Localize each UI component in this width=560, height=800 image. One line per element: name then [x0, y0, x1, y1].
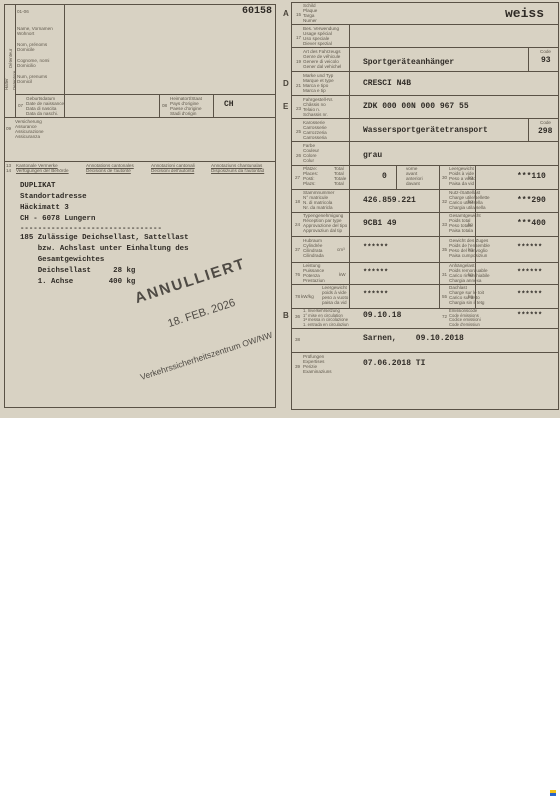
form-code: 01-06 — [17, 9, 29, 14]
body-label: Karosserie Carrosserie Carrozzeria Carro… — [303, 120, 327, 140]
code-label: Code — [540, 49, 551, 54]
issue-place-date-value: Sarnen, 09.10.2018 — [363, 334, 464, 343]
divider — [15, 5, 16, 117]
payload-value: ***290 — [517, 196, 546, 205]
divider — [292, 95, 558, 96]
remark-separator: -------------------------------- — [20, 225, 189, 233]
language-flag-icon — [550, 790, 556, 796]
document-number: 60158 — [242, 6, 272, 17]
total-weight-label: Gesamtgewicht Poids total Peso totale Pa… — [449, 213, 481, 233]
remark-line: 185 Zulässige Deichsellast, Sattellast — [20, 233, 189, 244]
unit-kg: kg — [468, 222, 473, 227]
divider — [349, 274, 350, 284]
field-number: 15 — [296, 12, 301, 17]
origin-label: Heimatort/Staat Pays d'origine Paese d'o… — [170, 96, 202, 116]
unit-kg: kg — [468, 294, 473, 299]
insurance-label: Versicherung Assurance Assicurazione Ass… — [15, 119, 44, 139]
divider — [292, 47, 558, 48]
field-number: 18 — [295, 199, 300, 204]
unit-kg: kg — [468, 272, 473, 277]
color-value: grau — [363, 151, 382, 160]
origin-value: CH — [224, 100, 234, 109]
divider — [292, 165, 558, 166]
field-number: 30 — [442, 175, 447, 180]
remark-line: Standortadresse — [20, 192, 189, 203]
total-weight-value: ***400 — [517, 219, 546, 228]
section-letter: A — [283, 9, 289, 18]
field-number: 23 — [296, 106, 301, 111]
remark-line: DUPLIKAT — [20, 181, 189, 192]
field-number: 78 — [295, 294, 300, 299]
holder-name-label-fr: Nom, prénoms Domicile — [17, 42, 47, 52]
section-letter: D — [283, 79, 289, 88]
field-number: 37 — [295, 247, 300, 252]
section-letter: E — [283, 102, 288, 111]
unit-kg: kg — [468, 175, 473, 180]
divider — [292, 352, 558, 353]
remarks-block: DUPLIKAT Standortadresse Häckimatt 3 CH … — [20, 181, 189, 288]
unit-kg: kg — [468, 199, 473, 204]
divider — [528, 47, 529, 71]
plate-color-value: weiss — [505, 6, 544, 21]
displacement-value: ****** — [363, 244, 388, 252]
body-value: Wassersportgerätetransport — [363, 126, 488, 135]
holder-side-label: Halter — [4, 78, 9, 90]
remark-line: CH - 6078 Lungern — [20, 214, 189, 225]
section-letter: B — [283, 311, 289, 320]
unit-kw: kW — [339, 272, 346, 277]
divider — [64, 5, 65, 117]
inspection-value: 07.06.2018 TI — [363, 359, 425, 368]
power-value: ****** — [363, 269, 388, 277]
color-label: Farbe Couleur Colore Colur — [303, 143, 319, 163]
make-model-label: Marke und Typ Marque et type Marca e tip… — [303, 73, 334, 93]
emission-code-value: ****** — [517, 312, 542, 320]
emission-code-label: Emissionscode Code émissions Codice emis… — [449, 309, 481, 327]
matriculation-value: 426.859.221 — [363, 196, 416, 205]
field-number: 33 — [442, 222, 447, 227]
unit-kg: kg — [468, 247, 473, 252]
unit-cm3: cm³ — [337, 247, 345, 252]
matriculation-label: Stammnummer N° matricule N. di matricola… — [303, 190, 334, 210]
field-number: 38 — [295, 337, 300, 342]
vehicle-type-code: 93 — [541, 56, 551, 65]
annotations-label-rm: Annotaziuns chantunalas Disposiziuns da … — [211, 163, 264, 173]
divider — [292, 24, 558, 25]
holder-name-label-it: Cognome, nomi Domicilio — [17, 58, 49, 68]
power-to-weight-sublabel: Leergewicht poids à vide peso a vuoto pa… — [322, 285, 348, 305]
chassis-number-value: ZDK 000 00N 000 967 55 — [363, 102, 469, 111]
field-number: 36 — [295, 314, 300, 319]
divider — [292, 118, 558, 119]
divider — [528, 118, 529, 141]
field-number: 25 — [296, 129, 301, 134]
roof-load-value: ****** — [517, 291, 542, 299]
registration-left-page: Halter Détenteur Detentore 01-06 60158 N… — [0, 0, 281, 418]
plate-label: Schild Plaque Targa Numer — [303, 3, 317, 23]
divider — [349, 165, 350, 274]
seats-total-label: Total Total Totale Total — [334, 166, 346, 186]
divider — [292, 71, 558, 72]
holder-name-label-rm: Num, prenums Domicil — [17, 74, 47, 84]
first-registration-label: 1. Inverkehrsetzung 1° mise en circulati… — [303, 309, 349, 327]
seats-label: Plätze: Places: Posti: Plazs: — [303, 166, 318, 186]
divider — [159, 94, 160, 117]
field-number: 27 — [295, 175, 300, 180]
field-number: 72 — [442, 314, 447, 319]
seats-front-label: vorne avant anteriori davant — [406, 166, 423, 186]
divider — [349, 284, 350, 308]
holder-name-label-de: Name, Vornamen Wohnort — [17, 26, 53, 36]
divider — [292, 328, 558, 329]
divider — [5, 117, 275, 118]
field-number: 07 — [18, 103, 23, 108]
field-number: 26 — [296, 153, 301, 158]
field-number: 08 — [162, 103, 167, 108]
remark-line: Häckimatt 3 — [20, 203, 189, 214]
registration-right-page: A 15 Schild Plaque Targa Numer weiss 17 … — [281, 0, 560, 418]
power-to-weight-label: kW/kg — [301, 294, 314, 299]
type-approval-label: Typengenehmigung Réception par type Appr… — [303, 213, 347, 233]
holder-side-label: Détenteur — [8, 49, 13, 68]
divider — [439, 274, 440, 308]
remark-line: Gesamtgewichtes — [20, 255, 189, 266]
empty-weight-value: ***110 — [517, 172, 546, 181]
field-number: 32 — [442, 199, 447, 204]
annotations-label-fr: Annotations cantonales Décisions de l'au… — [86, 163, 134, 173]
vehicle-type-value: Sportgeräteanhänger — [363, 58, 454, 67]
annotations-label-de: Kantonale Vermerke Verfügungen der Behör… — [16, 163, 69, 173]
roof-load-label: Dachlast Charge sur le toit Carico sul t… — [449, 285, 485, 305]
divider — [439, 165, 440, 274]
train-weight-value: ****** — [517, 244, 542, 252]
field-number: 24 — [295, 222, 300, 227]
divider — [292, 141, 558, 142]
field-number: 55 — [442, 294, 447, 299]
power-to-weight-value: ****** — [363, 291, 388, 299]
chassis-label: Fahrgestell-Nr. Châssis no Telaio n. Sch… — [303, 97, 333, 117]
field-number: 13 14 — [6, 163, 11, 173]
body-code: 298 — [538, 127, 552, 136]
divider — [396, 165, 397, 189]
divider — [292, 236, 558, 237]
field-number: 17 — [296, 35, 301, 40]
field-number: 19 — [296, 59, 301, 64]
code-label: Code — [540, 120, 551, 125]
seats-value: 0 — [382, 172, 387, 181]
inspection-label: Prüfungen Expertises Perizie Examinaziun… — [303, 354, 332, 374]
remark-line: Deichsellast 28 kg — [20, 266, 189, 277]
field-number: 31 — [442, 272, 447, 277]
vehicle-type-label: Art des Fahrzeugs Genre de véhicule Gene… — [303, 49, 341, 69]
special-use-label: Bes. Verwendung Usage spécial Uso specia… — [303, 26, 339, 46]
field-number: 35 — [442, 247, 447, 252]
divider — [292, 262, 558, 263]
divider — [15, 94, 275, 95]
power-label: Leistung Puissance Potenza Prestaziun — [303, 263, 325, 283]
towing-load-value: ****** — [517, 269, 542, 277]
field-number: 76 — [295, 272, 300, 277]
divider — [5, 161, 275, 162]
field-number: 21 — [296, 83, 301, 88]
displacement-label: Hubraum Cylindrée Cilindrata Cilindrada — [303, 238, 324, 258]
type-approval-value: 9CB1 49 — [363, 219, 397, 228]
remark-line: bzw. Achslast unter Einhaltung des — [20, 244, 189, 255]
divider — [213, 94, 214, 117]
annotations-label-it: Annotazioni cantonali Decisioni dell'aut… — [151, 163, 195, 173]
birthdate-label: Geburtsdatum Date de naissance Data di n… — [26, 96, 64, 116]
make-model-value: CRESCI N4B — [363, 79, 411, 88]
first-registration-value: 09.10.18 — [363, 311, 401, 320]
field-number: 39 — [295, 364, 300, 369]
field-number: 09 — [6, 126, 11, 131]
